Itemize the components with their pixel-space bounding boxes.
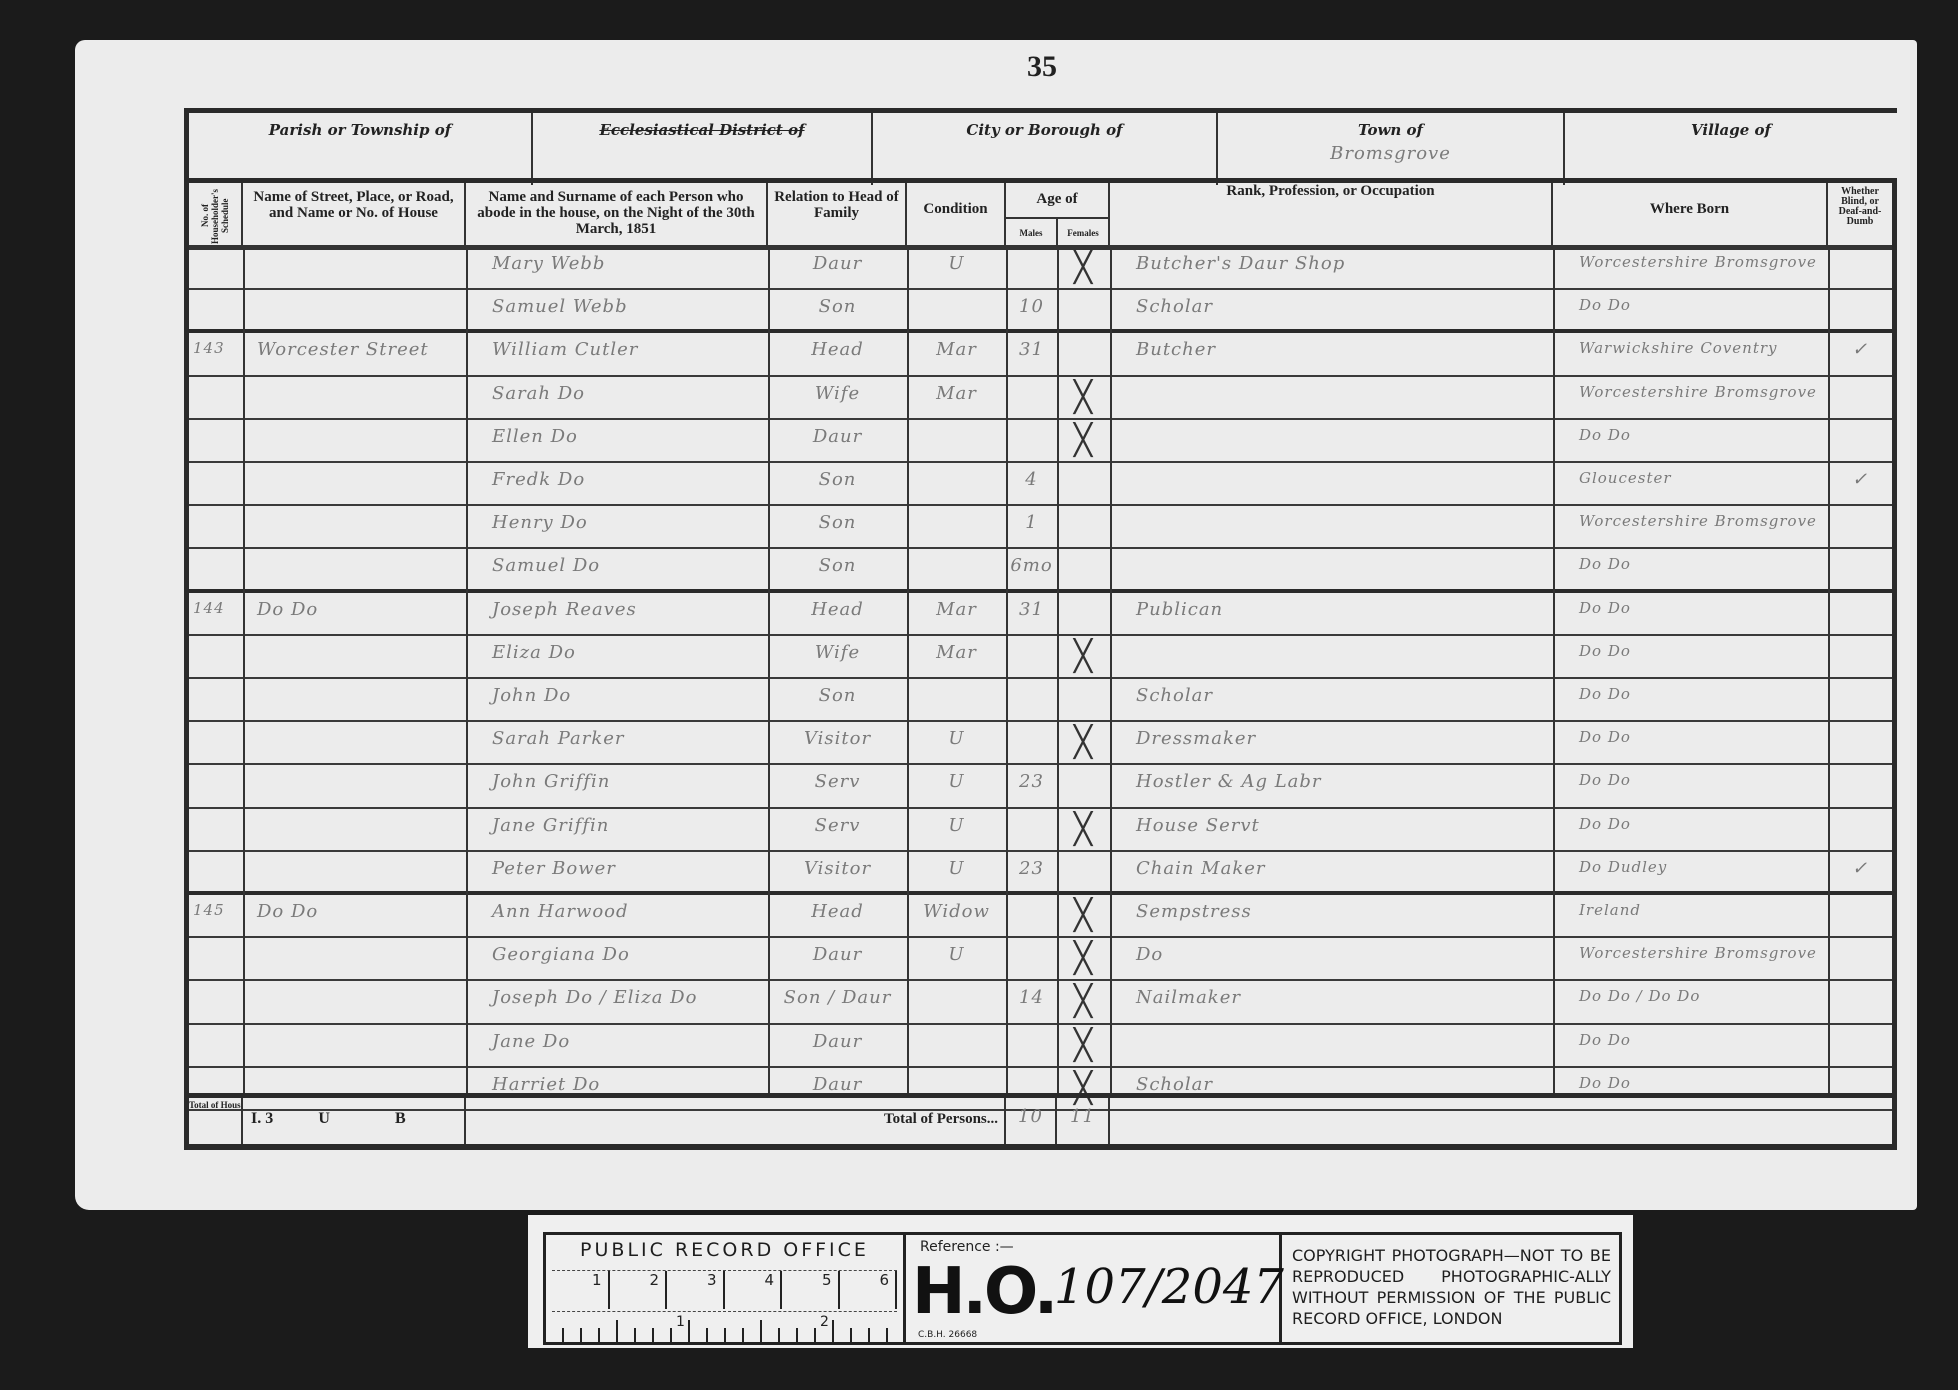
- schedule-cell: [189, 809, 243, 850]
- relation-cell: Son / Daur: [768, 981, 907, 1022]
- negative-number: C.B.H. 26668: [918, 1330, 977, 1340]
- totals-row: Total of Houses I. 3 U B Total of Person…: [189, 1093, 1892, 1144]
- col-relation-header: Relation to Head of Family: [768, 183, 907, 245]
- schedule-cell: [189, 1025, 243, 1066]
- condition-cell: U: [907, 722, 1006, 763]
- blind-cell: [1828, 247, 1892, 288]
- schedule-cell: [189, 463, 243, 504]
- col-line: [1828, 245, 1830, 1098]
- table-row: Jane DoDaur╳Do Do: [189, 1025, 1892, 1068]
- col-blind-header: Whether Blind, or Deaf-and-Dumb: [1828, 183, 1892, 245]
- female-tally-mark: ╳: [1057, 247, 1110, 288]
- blind-cell: [1828, 679, 1892, 720]
- street-cell: [243, 636, 466, 677]
- table-row: 143Worcester StreetWilliam CutlerHeadMar…: [189, 333, 1892, 376]
- occupation-cell: [1110, 377, 1553, 418]
- occupation-cell: Hostler & Ag Labr: [1110, 765, 1553, 806]
- age-label: Age of: [1006, 187, 1108, 207]
- occupation-cell: Dressmaker: [1110, 722, 1553, 763]
- male-age-cell: 31: [1006, 333, 1057, 374]
- building-label: B: [395, 1110, 406, 1127]
- table-row: Sarah ParkerVisitorU╳DressmakerDo Do: [189, 722, 1892, 765]
- col-line: [907, 245, 909, 1098]
- col-line: [466, 245, 468, 1098]
- condition-cell: [907, 290, 1006, 329]
- blind-cell: ✓: [1828, 463, 1892, 504]
- col-line: [1006, 245, 1008, 1098]
- office-title: PUBLIC RECORD OFFICE: [546, 1235, 903, 1261]
- female-tally-mark: ╳: [1057, 1025, 1110, 1066]
- blind-cell: [1828, 809, 1892, 850]
- relation-cell: Head: [768, 593, 907, 634]
- occupation-cell: [1110, 636, 1553, 677]
- table-row: Fredk DoSon4Gloucester✓: [189, 463, 1892, 506]
- where-born-cell: Worcestershire Bromsgrove: [1553, 938, 1828, 979]
- street-cell: [243, 765, 466, 806]
- table-row: Eliza DoWifeMar╳Do Do: [189, 636, 1892, 679]
- schedule-cell: [189, 679, 243, 720]
- col-name-header: Name and Surname of each Person who abod…: [466, 183, 768, 245]
- reference-series: H.O.: [912, 1255, 1055, 1329]
- male-age-cell: 10: [1006, 290, 1057, 329]
- blind-cell: [1828, 981, 1892, 1022]
- occupation-cell: Chain Maker: [1110, 852, 1553, 891]
- table-row: Samuel WebbSon10ScholarDo Do: [189, 290, 1892, 333]
- occupation-cell: Publican: [1110, 593, 1553, 634]
- name-cell: Fredk Do: [466, 463, 768, 504]
- record-office-panel: PUBLIC RECORD OFFICE 1 2 3 4 5 6 1 2: [546, 1235, 906, 1342]
- occupation-cell: Nailmaker: [1110, 981, 1553, 1022]
- col-line: [1057, 245, 1059, 1098]
- female-age-cell: [1057, 852, 1110, 891]
- condition-cell: U: [907, 852, 1006, 891]
- female-age-cell: [1057, 506, 1110, 547]
- relation-cell: Head: [768, 895, 907, 936]
- table-row: Georgiana DoDaurU╳DoWorcestershire Broms…: [189, 938, 1892, 981]
- blind-cell: ✓: [1828, 852, 1892, 891]
- street-cell: Do Do: [243, 895, 466, 936]
- females-label: Females: [1058, 219, 1108, 245]
- name-cell: Eliza Do: [466, 636, 768, 677]
- parish-cell: Parish or Township of: [184, 113, 533, 185]
- street-cell: Worcester Street: [243, 333, 466, 374]
- male-age-cell: [1006, 1025, 1057, 1066]
- relation-cell: Serv: [768, 809, 907, 850]
- condition-cell: Mar: [907, 377, 1006, 418]
- reference-piece: 107/2047: [1054, 1259, 1284, 1315]
- schedule-cell: [189, 981, 243, 1022]
- schedule-cell: [189, 247, 243, 288]
- name-cell: Ann Harwood: [466, 895, 768, 936]
- blind-cell: [1828, 895, 1892, 936]
- table-row: Henry DoSon1Worcestershire Bromsgrove: [189, 506, 1892, 549]
- relation-cell: Son: [768, 679, 907, 720]
- where-born-cell: Do Do: [1553, 290, 1828, 329]
- female-age-cell: [1057, 549, 1110, 588]
- name-cell: Joseph Do / Eliza Do: [466, 981, 768, 1022]
- location-header: Parish or Township of Ecclesiastical Dis…: [184, 108, 1897, 185]
- condition-cell: U: [907, 938, 1006, 979]
- table-row: Jane GriffinServU╳House ServtDo Do: [189, 809, 1892, 852]
- schedule-cell: [189, 377, 243, 418]
- col-line: [1110, 245, 1112, 1098]
- schedule-header-text: No. of Householder's Schedule: [200, 187, 230, 245]
- condition-cell: U: [907, 247, 1006, 288]
- total-males: 10: [1006, 1098, 1057, 1144]
- blind-cell: [1828, 765, 1892, 806]
- blind-cell: [1828, 722, 1892, 763]
- street-cell: [243, 463, 466, 504]
- name-cell: Samuel Do: [466, 549, 768, 588]
- blind-cell: ✓: [1828, 333, 1892, 374]
- street-cell: [243, 506, 466, 547]
- where-born-cell: Worcestershire Bromsgrove: [1553, 247, 1828, 288]
- schedule-cell: [189, 506, 243, 547]
- occupation-cell: Scholar: [1110, 679, 1553, 720]
- col-schedule-header: No. of Householder's Schedule: [189, 183, 243, 245]
- female-tally-mark: ╳: [1057, 981, 1110, 1022]
- total-houses-values: I. 3 U B: [243, 1098, 466, 1144]
- col-age-header: Age of Males Females: [1006, 183, 1110, 245]
- male-age-cell: [1006, 247, 1057, 288]
- name-cell: Mary Webb: [466, 247, 768, 288]
- parish-label: Parish or Township of: [189, 121, 531, 139]
- col-line: [768, 245, 770, 1098]
- table-row: Peter BowerVisitorU23Chain MakerDo Dudle…: [189, 852, 1892, 895]
- street-cell: [243, 247, 466, 288]
- stamp-frame: PUBLIC RECORD OFFICE 1 2 3 4 5 6 1 2: [543, 1232, 1622, 1345]
- street-cell: [243, 1025, 466, 1066]
- name-cell: John Do: [466, 679, 768, 720]
- col-where-born-header: Where Born: [1553, 183, 1828, 245]
- male-age-cell: 23: [1006, 765, 1057, 806]
- city-label: City or Borough of: [873, 121, 1216, 139]
- male-age-cell: [1006, 938, 1057, 979]
- female-age-cell: [1057, 765, 1110, 806]
- male-age-cell: [1006, 679, 1057, 720]
- blind-cell: [1828, 1025, 1892, 1066]
- city-cell: City or Borough of: [873, 113, 1218, 185]
- name-cell: John Griffin: [466, 765, 768, 806]
- table-row: Joseph Do / Eliza DoSon / Daur14╳Nailmak…: [189, 981, 1892, 1024]
- table-row: Ellen DoDaur╳Do Do: [189, 420, 1892, 463]
- ruler-mark: 6: [840, 1271, 898, 1309]
- street-cell: [243, 809, 466, 850]
- ecclesiastical-cell: Ecclesiastical District of: [533, 113, 873, 185]
- condition-cell: Mar: [907, 636, 1006, 677]
- relation-cell: Head: [768, 333, 907, 374]
- uninhabited-label: U: [318, 1110, 330, 1127]
- relation-cell: Son: [768, 549, 907, 588]
- occupation-cell: [1110, 506, 1553, 547]
- village-cell: Village of: [1565, 113, 1897, 185]
- street-cell: [243, 981, 466, 1022]
- ruler-inches: 1 2: [552, 1311, 897, 1342]
- blind-cell: [1828, 290, 1892, 329]
- occupation-cell: Sempstress: [1110, 895, 1553, 936]
- occupation-cell: Butcher's Daur Shop: [1110, 247, 1553, 288]
- name-cell: Jane Griffin: [466, 809, 768, 850]
- female-age-cell: [1057, 463, 1110, 504]
- where-born-cell: Worcestershire Bromsgrove: [1553, 377, 1828, 418]
- where-born-cell: Do Do: [1553, 809, 1828, 850]
- occupation-cell: Butcher: [1110, 333, 1553, 374]
- condition-cell: [907, 679, 1006, 720]
- village-label: Village of: [1565, 121, 1897, 139]
- col-occupation-header: Rank, Profession, or Occupation: [1110, 183, 1553, 245]
- female-age-cell: [1057, 679, 1110, 720]
- table-row: John GriffinServU23Hostler & Ag LabrDo D…: [189, 765, 1892, 808]
- female-tally-mark: ╳: [1057, 938, 1110, 979]
- relation-cell: Wife: [768, 636, 907, 677]
- female-age-cell: [1057, 290, 1110, 329]
- where-born-cell: Do Do: [1553, 636, 1828, 677]
- name-cell: Henry Do: [466, 506, 768, 547]
- street-cell: [243, 290, 466, 329]
- blind-cell: [1828, 420, 1892, 461]
- ruler-centimetres: 1 2 3 4 5 6: [552, 1270, 897, 1309]
- schedule-cell: [189, 549, 243, 588]
- relation-cell: Daur: [768, 420, 907, 461]
- census-table: No. of Householder's Schedule Name of St…: [184, 178, 1897, 1150]
- street-cell: [243, 722, 466, 763]
- where-born-cell: Do Do: [1553, 593, 1828, 634]
- male-age-cell: 6mo: [1006, 549, 1057, 588]
- street-cell: [243, 852, 466, 891]
- where-born-cell: Do Do: [1553, 679, 1828, 720]
- ruler-inch-mark: 2: [820, 1314, 829, 1330]
- female-tally-mark: ╳: [1057, 636, 1110, 677]
- where-born-cell: Warwickshire Coventry: [1553, 333, 1828, 374]
- where-born-cell: Ireland: [1553, 895, 1828, 936]
- col-street-header: Name of Street, Place, or Road, and Name…: [243, 183, 466, 245]
- ruler-mark: 4: [725, 1271, 783, 1309]
- ruler-mark: 5: [782, 1271, 840, 1309]
- female-tally-mark: ╳: [1057, 809, 1110, 850]
- male-age-cell: 1: [1006, 506, 1057, 547]
- age-split: Males Females: [1006, 217, 1108, 245]
- schedule-cell: [189, 765, 243, 806]
- male-age-cell: 4: [1006, 463, 1057, 504]
- schedule-cell: [189, 636, 243, 677]
- female-age-cell: [1057, 333, 1110, 374]
- schedule-cell: [189, 722, 243, 763]
- name-cell: William Cutler: [466, 333, 768, 374]
- where-born-cell: Do Do: [1553, 722, 1828, 763]
- street-cell: [243, 420, 466, 461]
- table-row: Samuel DoSon6moDo Do: [189, 549, 1892, 592]
- female-tally-mark: ╳: [1057, 722, 1110, 763]
- relation-cell: Son: [768, 290, 907, 329]
- relation-cell: Visitor: [768, 852, 907, 891]
- table-row: Sarah DoWifeMar╳Worcestershire Bromsgrov…: [189, 377, 1892, 420]
- street-cell: Do Do: [243, 593, 466, 634]
- ruler-inch-mark: 1: [676, 1314, 685, 1330]
- blind-cell: [1828, 377, 1892, 418]
- total-persons-label: Total of Persons...: [466, 1098, 1006, 1144]
- blind-cell: [1828, 506, 1892, 547]
- relation-cell: Daur: [768, 247, 907, 288]
- occupation-cell: Scholar: [1110, 290, 1553, 329]
- name-cell: Samuel Webb: [466, 290, 768, 329]
- relation-cell: Wife: [768, 377, 907, 418]
- male-age-cell: [1006, 377, 1057, 418]
- male-age-cell: 14: [1006, 981, 1057, 1022]
- name-cell: Sarah Parker: [466, 722, 768, 763]
- col-condition-header: Condition: [907, 183, 1006, 245]
- page-number: 35: [1027, 50, 1057, 84]
- copyright-notice: COPYRIGHT PHOTOGRAPH—NOT TO BE REPRODUCE…: [1282, 1235, 1619, 1342]
- where-born-cell: Do Do: [1553, 765, 1828, 806]
- male-age-cell: [1006, 420, 1057, 461]
- female-tally-mark: ╳: [1057, 377, 1110, 418]
- where-born-cell: Do Do / Do Do: [1553, 981, 1828, 1022]
- town-value: Bromsgrove: [1218, 143, 1563, 164]
- condition-cell: Mar: [907, 333, 1006, 374]
- ruler-mark: 1: [552, 1271, 610, 1309]
- female-tally-mark: ╳: [1057, 420, 1110, 461]
- where-born-cell: Do Do: [1553, 1025, 1828, 1066]
- male-age-cell: 31: [1006, 593, 1057, 634]
- where-born-cell: Do Do: [1553, 420, 1828, 461]
- col-line: [243, 245, 245, 1098]
- name-cell: Georgiana Do: [466, 938, 768, 979]
- street-cell: [243, 679, 466, 720]
- schedule-cell: [189, 938, 243, 979]
- condition-cell: Mar: [907, 593, 1006, 634]
- ruler-mark: 2: [610, 1271, 668, 1309]
- where-born-cell: Do Dudley: [1553, 852, 1828, 891]
- occupation-cell: [1110, 1025, 1553, 1066]
- schedule-cell: [189, 420, 243, 461]
- table-row: John DoSonScholarDo Do: [189, 679, 1892, 722]
- relation-cell: Visitor: [768, 722, 907, 763]
- occupation-cell: Do: [1110, 938, 1553, 979]
- name-cell: Ellen Do: [466, 420, 768, 461]
- occupation-cell: [1110, 420, 1553, 461]
- male-age-cell: [1006, 636, 1057, 677]
- condition-cell: [907, 420, 1006, 461]
- table-row: 144Do DoJoseph ReavesHeadMar31PublicanDo…: [189, 593, 1892, 636]
- male-age-cell: [1006, 809, 1057, 850]
- relation-cell: Daur: [768, 938, 907, 979]
- name-cell: Sarah Do: [466, 377, 768, 418]
- condition-cell: [907, 1025, 1006, 1066]
- condition-cell: U: [907, 765, 1006, 806]
- condition-cell: Widow: [907, 895, 1006, 936]
- town-label: Town of: [1218, 121, 1563, 139]
- total-persons-text: Total of Persons...: [884, 1111, 998, 1127]
- relation-cell: Son: [768, 463, 907, 504]
- ecclesiastical-label: Ecclesiastical District of: [533, 121, 871, 139]
- condition-cell: [907, 549, 1006, 588]
- street-cell: [243, 549, 466, 588]
- where-born-cell: Do Do: [1553, 549, 1828, 588]
- condition-cell: [907, 981, 1006, 1022]
- males-label: Males: [1006, 219, 1058, 245]
- relation-cell: Serv: [768, 765, 907, 806]
- schedule-cell: 143: [189, 333, 243, 374]
- blind-cell: [1828, 593, 1892, 634]
- where-born-cell: Gloucester: [1553, 463, 1828, 504]
- occupation-cell: [1110, 549, 1553, 588]
- occupation-cell: House Servt: [1110, 809, 1553, 850]
- schedule-cell: [189, 852, 243, 891]
- occupation-cell: [1110, 463, 1553, 504]
- condition-cell: [907, 506, 1006, 547]
- name-cell: Joseph Reaves: [466, 593, 768, 634]
- female-age-cell: [1057, 593, 1110, 634]
- col-line: [1553, 245, 1555, 1098]
- total-houses-text: Total of Houses: [189, 1100, 241, 1110]
- blind-cell: [1828, 938, 1892, 979]
- blind-cell: [1828, 549, 1892, 588]
- male-age-cell: [1006, 895, 1057, 936]
- where-born-cell: Worcestershire Bromsgrove: [1553, 506, 1828, 547]
- ruler-mark: 3: [667, 1271, 725, 1309]
- name-cell: Jane Do: [466, 1025, 768, 1066]
- male-age-cell: [1006, 722, 1057, 763]
- total-houses-label: Total of Houses: [189, 1098, 243, 1144]
- reference-label: Reference :—: [920, 1239, 1014, 1255]
- reference-panel: Reference :— H.O. 107/2047 C.B.H. 26668: [906, 1235, 1282, 1342]
- schedule-cell: 144: [189, 593, 243, 634]
- female-tally-mark: ╳: [1057, 895, 1110, 936]
- street-cell: [243, 938, 466, 979]
- male-age-cell: 23: [1006, 852, 1057, 891]
- condition-cell: U: [907, 809, 1006, 850]
- blind-cell: [1828, 636, 1892, 677]
- table-row: 145Do DoAnn HarwoodHeadWidow╳SempstressI…: [189, 895, 1892, 938]
- condition-cell: [907, 463, 1006, 504]
- schedule-cell: 145: [189, 895, 243, 936]
- schedule-cell: [189, 290, 243, 329]
- name-cell: Peter Bower: [466, 852, 768, 891]
- town-cell: Town of Bromsgrove: [1218, 113, 1565, 185]
- table-row: Mary WebbDaurU╳Butcher's Daur ShopWorces…: [189, 247, 1892, 290]
- street-cell: [243, 377, 466, 418]
- inhabited-count: I. 3: [251, 1110, 273, 1127]
- relation-cell: Daur: [768, 1025, 907, 1066]
- record-office-stamp: PUBLIC RECORD OFFICE 1 2 3 4 5 6 1 2: [528, 1215, 1633, 1348]
- relation-cell: Son: [768, 506, 907, 547]
- total-females: 11: [1057, 1098, 1110, 1144]
